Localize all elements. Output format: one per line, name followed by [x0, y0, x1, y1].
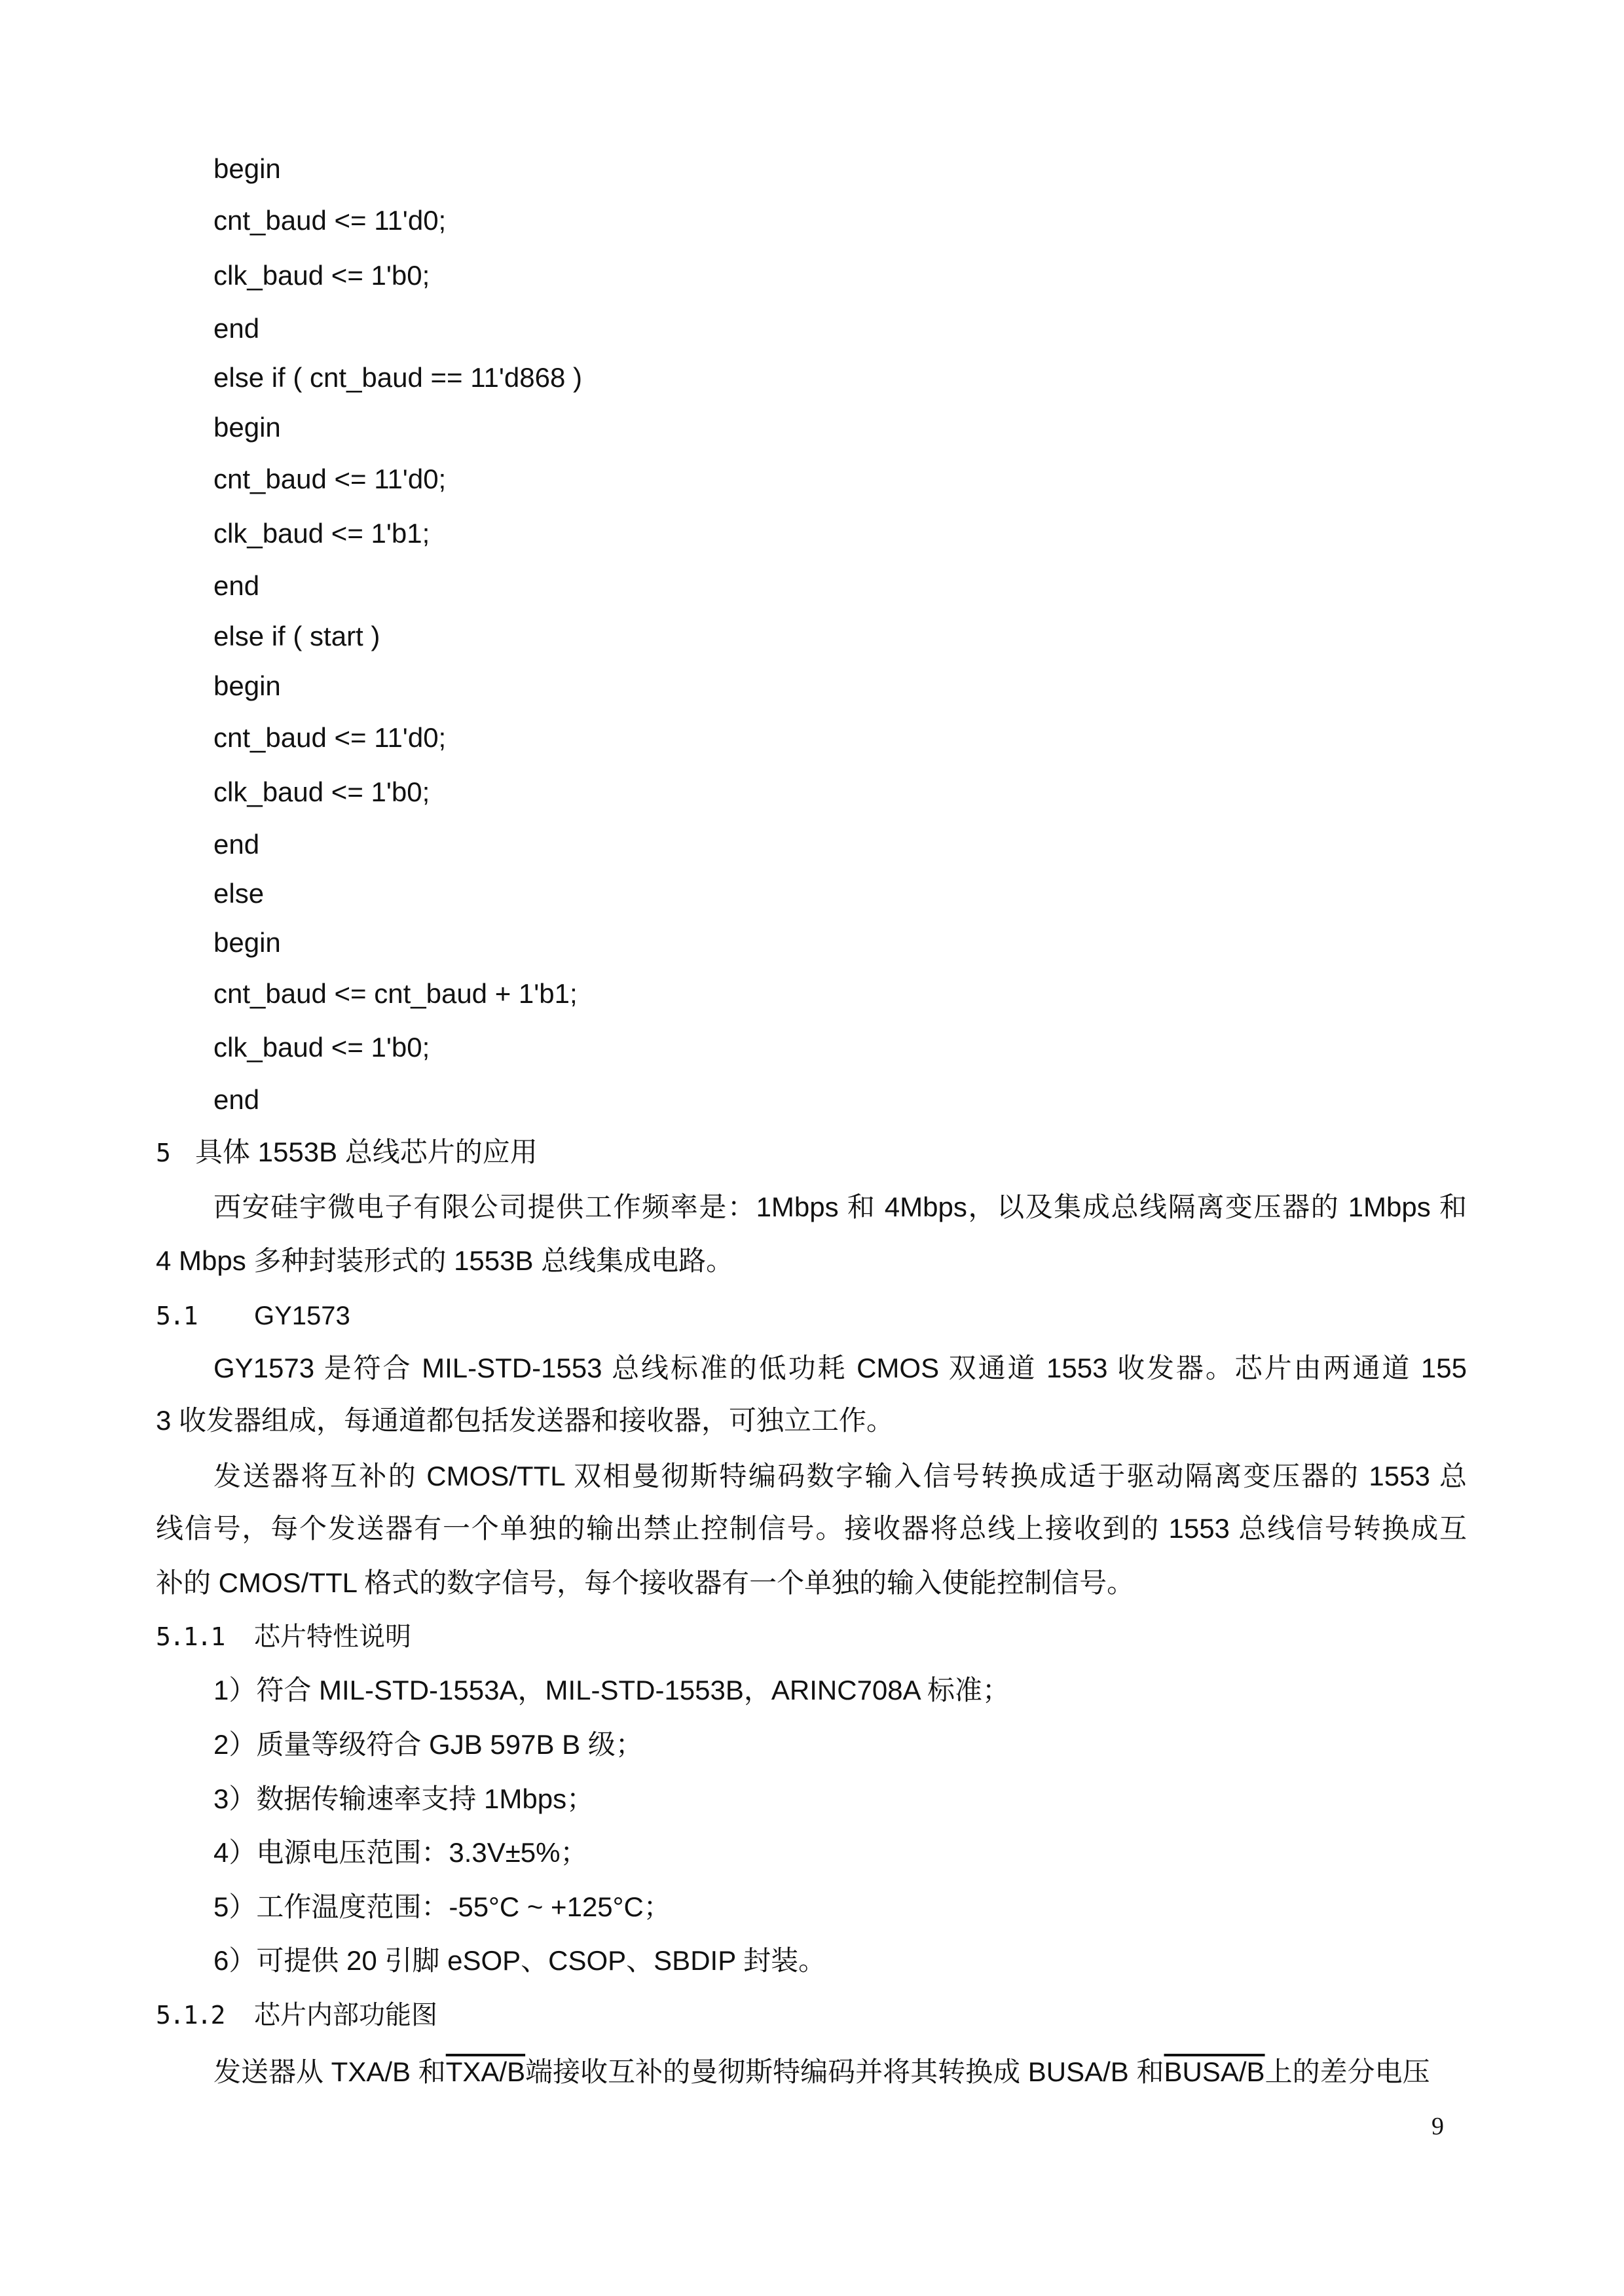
section-number: 5.1 — [156, 1298, 254, 1334]
code-line: begin — [213, 668, 281, 704]
section-title: 芯片内部功能图 — [254, 2001, 437, 2030]
code-line: end — [213, 1082, 259, 1118]
document-page: begin cnt_baud <= 11'd0; clk_baud <= 1'b… — [0, 0, 1624, 2296]
code-line: begin — [213, 409, 281, 446]
feature-list-item: 2）质量等级符合 GJB 597B B 级； — [213, 1726, 643, 1763]
paragraph-line: 补的 CMOS/TTL 格式的数字信号，每个接收器有一个单独的输入使能控制信号。 — [156, 1565, 1134, 1601]
section-number: 5.1.2 — [156, 1997, 254, 2033]
code-line: cnt_baud <= cnt_baud + 1'b1; — [213, 975, 578, 1012]
feature-list-item: 6）可提供 20 引脚 eSOP、CSOP、SBDIP 封装。 — [213, 1942, 826, 1979]
page-number: 9 — [1431, 2112, 1444, 2141]
code-line: end — [213, 310, 259, 347]
section-number: 5.1.1 — [156, 1618, 254, 1655]
code-line: cnt_baud <= 11'd0; — [213, 720, 446, 756]
code-line: else if ( start ) — [213, 618, 380, 655]
paragraph-line: 发送器从 TXA/B 和TXA/B端接收互补的曼彻斯特编码并将其转换成 BUSA… — [213, 2054, 1430, 2090]
section-title: GY1573 — [254, 1302, 350, 1330]
code-line: cnt_baud <= 11'd0; — [213, 202, 446, 239]
feature-list-item: 5）工作温度范围：-55°C ~ +125°C； — [213, 1889, 671, 1925]
paragraph-line: 线信号，每个发送器有一个单独的输出禁止控制信号。接收器将总线上接收到的 1553… — [156, 1510, 1467, 1547]
signal-name-inverted: TXA/B — [446, 2056, 525, 2087]
text-run: 发送器从 TXA/B 和 — [213, 2056, 446, 2087]
section-number: 5 — [156, 1135, 195, 1171]
section-heading-5: 5具体 1553B 总线芯片的应用 — [156, 1134, 538, 1171]
paragraph-line: GY1573 是符合 MIL-STD-1553 总线标准的低功耗 CMOS 双通… — [213, 1350, 1467, 1387]
code-line: begin — [213, 151, 281, 187]
code-line: clk_baud <= 1'b0; — [213, 774, 430, 811]
code-line: else if ( cnt_baud == 11'd868 ) — [213, 359, 582, 396]
feature-list-item: 1）符合 MIL-STD-1553A，MIL-STD-1553B，ARINC70… — [213, 1672, 1010, 1709]
section-heading-5-1-1: 5.1.1芯片特性说明 — [156, 1618, 411, 1655]
paragraph-line: 发送器将互补的 CMOS/TTL 双相曼彻斯特编码数字输入信号转换成适于驱动隔离… — [213, 1458, 1467, 1495]
code-line: cnt_baud <= 11'd0; — [213, 461, 446, 498]
text-run: 端接收互补的曼彻斯特编码并将其转换成 BUSA/B 和 — [525, 2056, 1164, 2087]
code-line: else — [213, 875, 264, 912]
code-line: clk_baud <= 1'b0; — [213, 1029, 430, 1066]
paragraph-line: 4 Mbps 多种封装形式的 1553B 总线集成电路。 — [156, 1243, 733, 1279]
feature-list-item: 3）数据传输速率支持 1Mbps； — [213, 1781, 594, 1817]
code-line: end — [213, 826, 259, 863]
section-heading-5-1-2: 5.1.2芯片内部功能图 — [156, 1997, 437, 2033]
section-title: 芯片特性说明 — [254, 1622, 411, 1651]
feature-list-item: 4）电源电压范围：3.3V±5%； — [213, 1834, 588, 1871]
paragraph-line: 3 收发器组成，每通道都包括发送器和接收器，可独立工作。 — [156, 1402, 894, 1439]
code-line: clk_baud <= 1'b1; — [213, 515, 430, 552]
code-line: end — [213, 568, 259, 604]
code-line: clk_baud <= 1'b0; — [213, 257, 430, 294]
section-heading-5-1: 5.1GY1573 — [156, 1298, 350, 1334]
text-run: 上的差分电压 — [1265, 2056, 1430, 2087]
section-title: 具体 1553B 总线芯片的应用 — [195, 1137, 538, 1167]
paragraph-line: 西安硅宇微电子有限公司提供工作频率是：1Mbps 和 4Mbps，以及集成总线隔… — [213, 1189, 1467, 1226]
code-line: begin — [213, 924, 281, 961]
signal-name-inverted: BUSA/B — [1164, 2056, 1265, 2087]
